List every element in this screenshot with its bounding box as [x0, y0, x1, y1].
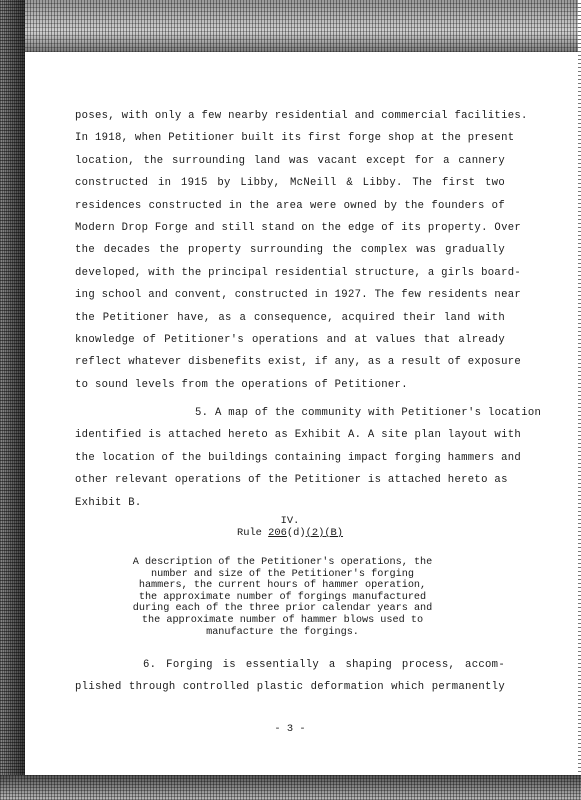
- section-description: A description of the Petitioner's operat…: [110, 557, 455, 638]
- paragraph-5-line: identified is attached hereto as Exhibit…: [75, 424, 505, 446]
- description-line: hammers, the current hours of hammer ope…: [110, 580, 455, 592]
- paragraph-5-line: 5. A map of the community with Petitione…: [75, 402, 505, 424]
- text-line: location, the surrounding land was vacan…: [75, 150, 505, 172]
- rule-item: (B): [324, 527, 343, 539]
- section-number: IV.: [75, 515, 505, 527]
- page-number: - 3 -: [75, 723, 505, 735]
- description-line: number and size of the Petitioner's forg…: [110, 569, 455, 581]
- rule-number: 206: [268, 527, 287, 539]
- text-line: knowledge of Petitioner's operations and…: [75, 329, 505, 351]
- scan-noise-left: [0, 0, 25, 800]
- paragraph-6: 6. Forging is essentially a shaping proc…: [75, 654, 505, 699]
- description-line: manufacture the forgings.: [110, 627, 455, 639]
- text-line: the Petitioner have, as a consequence, a…: [75, 307, 505, 329]
- scan-noise-top: [0, 0, 581, 52]
- text-line: residences constructed in the area were …: [75, 195, 505, 217]
- rule-clause: (2): [306, 527, 325, 539]
- paragraph-continued: poses, with only a few nearby residentia…: [75, 105, 505, 514]
- paragraph-5-line: Exhibit B.: [75, 492, 505, 514]
- paragraph-5-line: the location of the buildings containing…: [75, 447, 505, 469]
- paragraph-5-line: other relevant operations of the Petitio…: [75, 469, 505, 491]
- text-line: reflect whatever disbenefits exist, if a…: [75, 351, 505, 373]
- text-line: developed, with the principal residentia…: [75, 262, 505, 284]
- paragraph-6-line: 6. Forging is essentially a shaping proc…: [75, 654, 505, 676]
- rule-prefix: Rule: [237, 527, 268, 539]
- text-line: In 1918, when Petitioner built its first…: [75, 127, 505, 149]
- paragraph-6-line: plished through controlled plastic defor…: [75, 676, 505, 698]
- text-line: Modern Drop Forge and still stand on the…: [75, 217, 505, 239]
- description-line: during each of the three prior calendar …: [110, 603, 455, 615]
- description-line: the approximate number of hammer blows u…: [110, 615, 455, 627]
- text-line: to sound levels from the operations of P…: [75, 374, 505, 396]
- text-line: poses, with only a few nearby residentia…: [75, 105, 505, 127]
- description-line: the approximate number of forgings manuf…: [110, 592, 455, 604]
- text-line: the decades the property surrounding the…: [75, 239, 505, 261]
- text-line: constructed in 1915 by Libby, McNeill & …: [75, 172, 505, 194]
- section-rule-heading: Rule 206(d)(2)(B): [75, 527, 505, 539]
- rule-subsection: (d): [287, 527, 306, 539]
- text-line: ing school and convent, constructed in 1…: [75, 284, 505, 306]
- description-line: A description of the Petitioner's operat…: [110, 557, 455, 569]
- scan-noise-bottom: [0, 775, 581, 800]
